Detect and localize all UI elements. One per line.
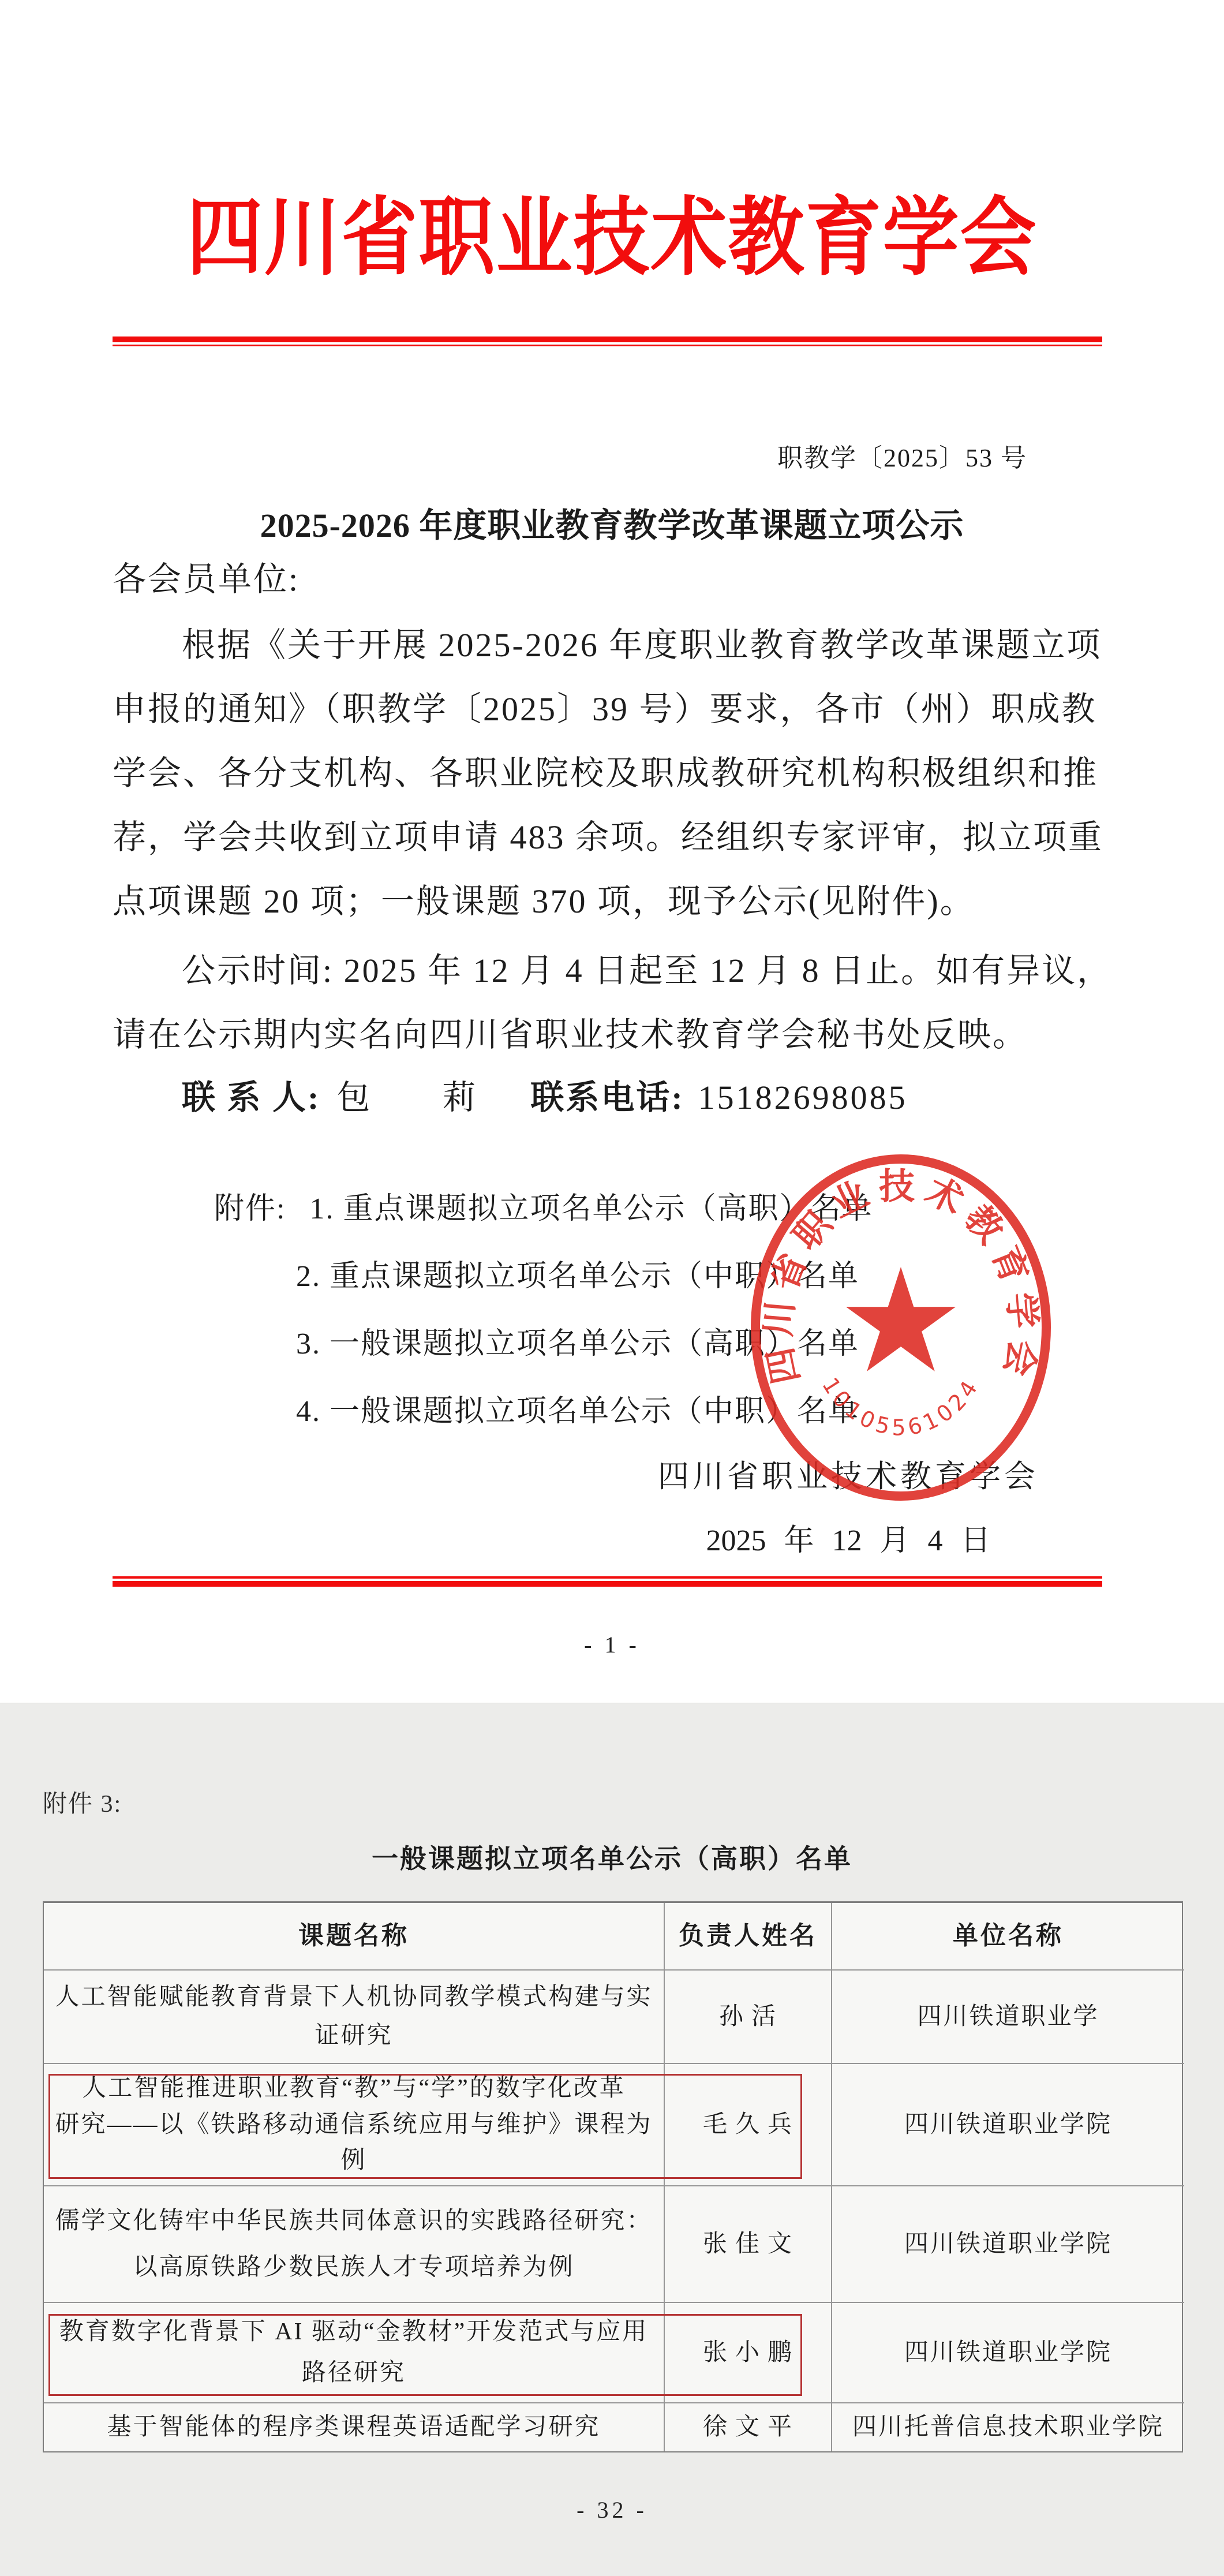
body-line: 公示时间: 2025 年 12 月 4 日起至 12 月 8 日止。如有异议， (182, 950, 1186, 992)
contact-phone-number: 15182698085 (698, 1079, 908, 1116)
body-line: 申报的通知》（职教学〔2025〕39 号）要求，各市（州）职成教 (113, 689, 1117, 730)
org-letterhead-title: 四川省职业技术教育学会 (0, 184, 1224, 293)
body-line: 点项课题 20 项；一般课题 370 项，现予公示(见附件)。 (113, 881, 1117, 922)
project-title-line: 证研究 (315, 2022, 392, 2050)
contact-person-name: 包 莉 (336, 1079, 477, 1116)
table-row-5-title: 基于智能体的程序类课程英语适配学习研究 (44, 2403, 665, 2451)
notice-title: 2025-2026 年度职业教育教学改革课题立项公示 (0, 506, 1224, 546)
page-number-32: - 32 - (0, 2495, 1224, 2525)
table-row-3-unit: 四川铁道职业学院 (832, 2186, 1184, 2303)
project-title-line: 人工智能赋能教育背景下人机协同教学模式构建与实 (55, 1983, 652, 2011)
table-row-5-unit: 四川托普信息技术职业学院 (832, 2403, 1184, 2451)
highlight-box-row-4 (48, 2314, 802, 2396)
col-header-project: 课题名称 (44, 1903, 665, 1971)
contact-person-label: 联 系 人: (182, 1079, 320, 1116)
body-line: 荐，学会共收到立项申请 483 余项。经组织专家评审，拟立项重 (113, 817, 1117, 858)
signature-date: 2025 年 12 月 4 日 (655, 1523, 1042, 1559)
red-divider-bottom (113, 1576, 1102, 1587)
contact-line: 联 系 人:包 莉联系电话:15182698085 (182, 1077, 1186, 1119)
project-title-line: 儒学文化铸牢中华民族共同体意识的实践路径研究： (55, 2207, 652, 2235)
table-row-2-unit: 四川铁道职业学院 (832, 2064, 1184, 2186)
red-divider-top (113, 337, 1102, 346)
table-row-5-leader: 徐文平 (665, 2403, 832, 2451)
seal-star-icon (846, 1267, 956, 1371)
contact-phone-label: 联系电话: (530, 1079, 684, 1116)
official-seal: 四川省职业技术教育学会 5101055610248 (739, 1143, 1062, 1512)
doc-number: 职教学〔2025〕53 号 (0, 442, 1027, 474)
attachment-page: 附件 3: 一般课题拟立项名单公示（高职）名单 课题名称 负责人姓名 单位名称 … (0, 1703, 1224, 2576)
body-line: 学会、各分支机构、各职业院校及职成教研究机构积极组织和推 (113, 753, 1117, 794)
salutation: 各会员单位: (113, 559, 1117, 600)
col-header-unit: 单位名称 (832, 1903, 1184, 1971)
col-header-leader: 负责人姓名 (665, 1903, 832, 1971)
table-row-1-unit: 四川铁道职业学 (832, 1971, 1184, 2064)
body-line: 根据《关于开展 2025-2026 年度职业教育教学改革课题立项 (182, 625, 1186, 666)
highlight-box-row-2 (48, 2074, 802, 2179)
project-title-line: 基于智能体的程序类课程英语适配学习研究 (107, 2413, 600, 2441)
project-title-line: 以高原铁路少数民族人才专项培养为例 (133, 2253, 574, 2281)
page-number-1: - 1 - (0, 1630, 1224, 1660)
body-line: 请在公示期内实名向四川省职业技术教育学会秘书处反映。 (113, 1014, 1117, 1056)
table-row-1-title: 人工智能赋能教育背景下人机协同教学模式构建与实 证研究 (44, 1971, 665, 2064)
table-row-1-leader: 孙活 (665, 1971, 832, 2064)
table-row-3-title: 儒学文化铸牢中华民族共同体意识的实践路径研究： 以高原铁路少数民族人才专项培养为… (44, 2186, 665, 2303)
table-title: 一般课题拟立项名单公示（高职）名单 (0, 1842, 1224, 1876)
attachments-label: 附件: (214, 1192, 286, 1225)
attachment-3-label: 附件 3: (43, 1789, 122, 1820)
table-row-3-leader: 张佳文 (665, 2186, 832, 2303)
table-row-4-unit: 四川铁道职业学院 (832, 2303, 1184, 2403)
document-root: 四川省职业技术教育学会 职教学〔2025〕53 号 2025-2026 年度职业… (0, 0, 1224, 2576)
